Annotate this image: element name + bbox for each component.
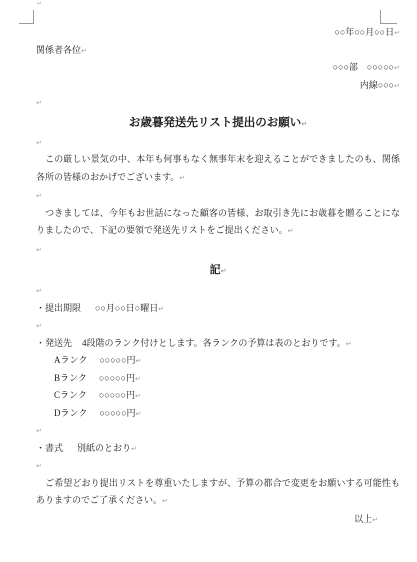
- rank-row-b: Bランク○○○○○円↵: [36, 370, 400, 388]
- rank-b-budget: ○○○○○円: [99, 373, 135, 383]
- blank-line: ↵: [36, 422, 400, 440]
- letter-body: ○○年○○月○○日↵ 関係者各位↵ ○○○部 ○○○○○↵ 内線○○○↵ ↵ お…: [0, 0, 417, 562]
- closing-note-text: ご希望どおり提出リストを尊重いたしますが、予算の都合で変更をお願いする可能性もあ…: [36, 478, 400, 506]
- body-paragraph-2: つきましては、今年もお世話になった顧客の皆様、お取引き先にお歳暮を贈ることになり…: [36, 205, 400, 241]
- blank-line: ↵: [36, 317, 400, 335]
- deadline-item: ・提出期限○○月○○日○曜日↵: [36, 300, 400, 318]
- ki-heading-text: 記: [210, 264, 221, 276]
- format-value: 別紙のとおり: [77, 443, 131, 453]
- paragraph-mark: ↵: [301, 120, 307, 128]
- document-page: { "marks": { "pilcrow": "↵" }, "document…: [0, 0, 417, 562]
- shipping-item: ・発送先4段階のランク付けとします。各ランクの予算は表のとおりです。↵: [36, 335, 400, 353]
- blank-line: ↵: [36, 187, 400, 205]
- blank-line: ↵: [36, 241, 400, 259]
- shipping-value: 4段階のランク付けとします。各ランクの予算は表のとおりです。: [82, 338, 346, 348]
- format-label: ・書式: [36, 440, 63, 458]
- format-item: ・書式別紙のとおり↵: [36, 440, 400, 458]
- rank-a-name: Aランク: [54, 352, 87, 370]
- closing-note-paragraph: ご希望どおり提出リストを尊重いたしますが、予算の都合で変更をお願いする可能性もあ…: [36, 475, 400, 511]
- body-paragraph-1-text: この厳しい景気の中、本年も何事もなく無事年末を迎えることができましたのも、関係各…: [36, 154, 400, 182]
- rank-row-a: Aランク○○○○○円↵: [36, 352, 400, 370]
- closing-line: 以上↵: [36, 511, 400, 529]
- rank-row-d: Dランク○○○○○円↵: [36, 405, 400, 423]
- paragraph-mark: ↵: [394, 82, 400, 90]
- body-paragraph-2-text: つきましては、今年もお世話になった顧客の皆様、お取引き先にお歳暮を贈ることになり…: [36, 208, 400, 236]
- paragraph-mark: ↵: [394, 29, 400, 37]
- paragraph-mark: ↵: [179, 174, 185, 182]
- rank-b-name: Bランク: [54, 370, 87, 388]
- blank-line: ↵: [36, 94, 400, 112]
- rank-d-name: Dランク: [54, 405, 87, 423]
- paragraph-mark: ↵: [288, 227, 294, 235]
- blank-line: ↵: [36, 457, 400, 475]
- paragraph-mark: ↵: [221, 267, 227, 275]
- rank-c-budget: ○○○○○円: [99, 390, 135, 400]
- recipient-line: 関係者各位↵: [36, 42, 400, 60]
- extension-text: 内線○○○: [360, 80, 394, 90]
- body-paragraph-1: この厳しい景気の中、本年も何事もなく無事年末を迎えることができましたのも、関係各…: [36, 151, 400, 187]
- paragraph-mark: ↵: [158, 305, 164, 313]
- paragraph-mark: ↵: [131, 445, 137, 453]
- deadline-label: ・提出期限: [36, 300, 81, 318]
- rank-a-budget: ○○○○○円: [99, 355, 135, 365]
- extension-line: 内線○○○↵: [36, 77, 400, 95]
- paragraph-mark: ↵: [81, 47, 87, 55]
- recipient-text: 関係者各位: [36, 45, 81, 55]
- paragraph-mark: ↵: [36, 246, 42, 254]
- closing-text: 以上: [354, 514, 372, 524]
- paragraph-mark: ↵: [162, 497, 168, 505]
- date-text: ○○年○○月○○日: [335, 27, 395, 37]
- document-title-text: お歳暮発送先リスト提出のお願い: [129, 117, 301, 129]
- paragraph-mark: ↵: [36, 462, 42, 470]
- rank-row-c: Cランク○○○○○円↵: [36, 387, 400, 405]
- paragraph-mark: ↵: [135, 392, 141, 400]
- paragraph-mark: ↵: [394, 64, 400, 72]
- blank-line: ↵: [36, 134, 400, 152]
- shipping-label: ・発送先: [36, 335, 72, 353]
- paragraph-mark: ↵: [372, 516, 378, 524]
- blank-line: ↵: [36, 282, 400, 300]
- paragraph-mark: ↵: [346, 340, 352, 348]
- ki-heading: 記↵: [36, 258, 400, 282]
- paragraph-mark: ↵: [36, 99, 42, 107]
- date-line: ○○年○○月○○日↵: [36, 24, 400, 42]
- paragraph-mark: ↵: [136, 410, 142, 418]
- paragraph-mark: ↵: [36, 427, 42, 435]
- paragraph-mark: ↵: [36, 139, 42, 147]
- paragraph-mark: ↵: [135, 375, 141, 383]
- paragraph-mark: ↵: [136, 357, 142, 365]
- paragraph-mark: ↵: [36, 192, 42, 200]
- paragraph-mark: ↵: [36, 322, 42, 330]
- paragraph-mark: ↵: [36, 287, 42, 295]
- department-text: ○○○部 ○○○○○: [333, 62, 395, 72]
- rank-c-name: Cランク: [54, 387, 87, 405]
- document-title: お歳暮発送先リスト提出のお願い↵: [36, 112, 400, 134]
- rank-d-budget: ○○○○○円: [99, 408, 135, 418]
- deadline-value: ○○月○○日○曜日: [95, 303, 158, 313]
- department-line: ○○○部 ○○○○○↵: [36, 59, 400, 77]
